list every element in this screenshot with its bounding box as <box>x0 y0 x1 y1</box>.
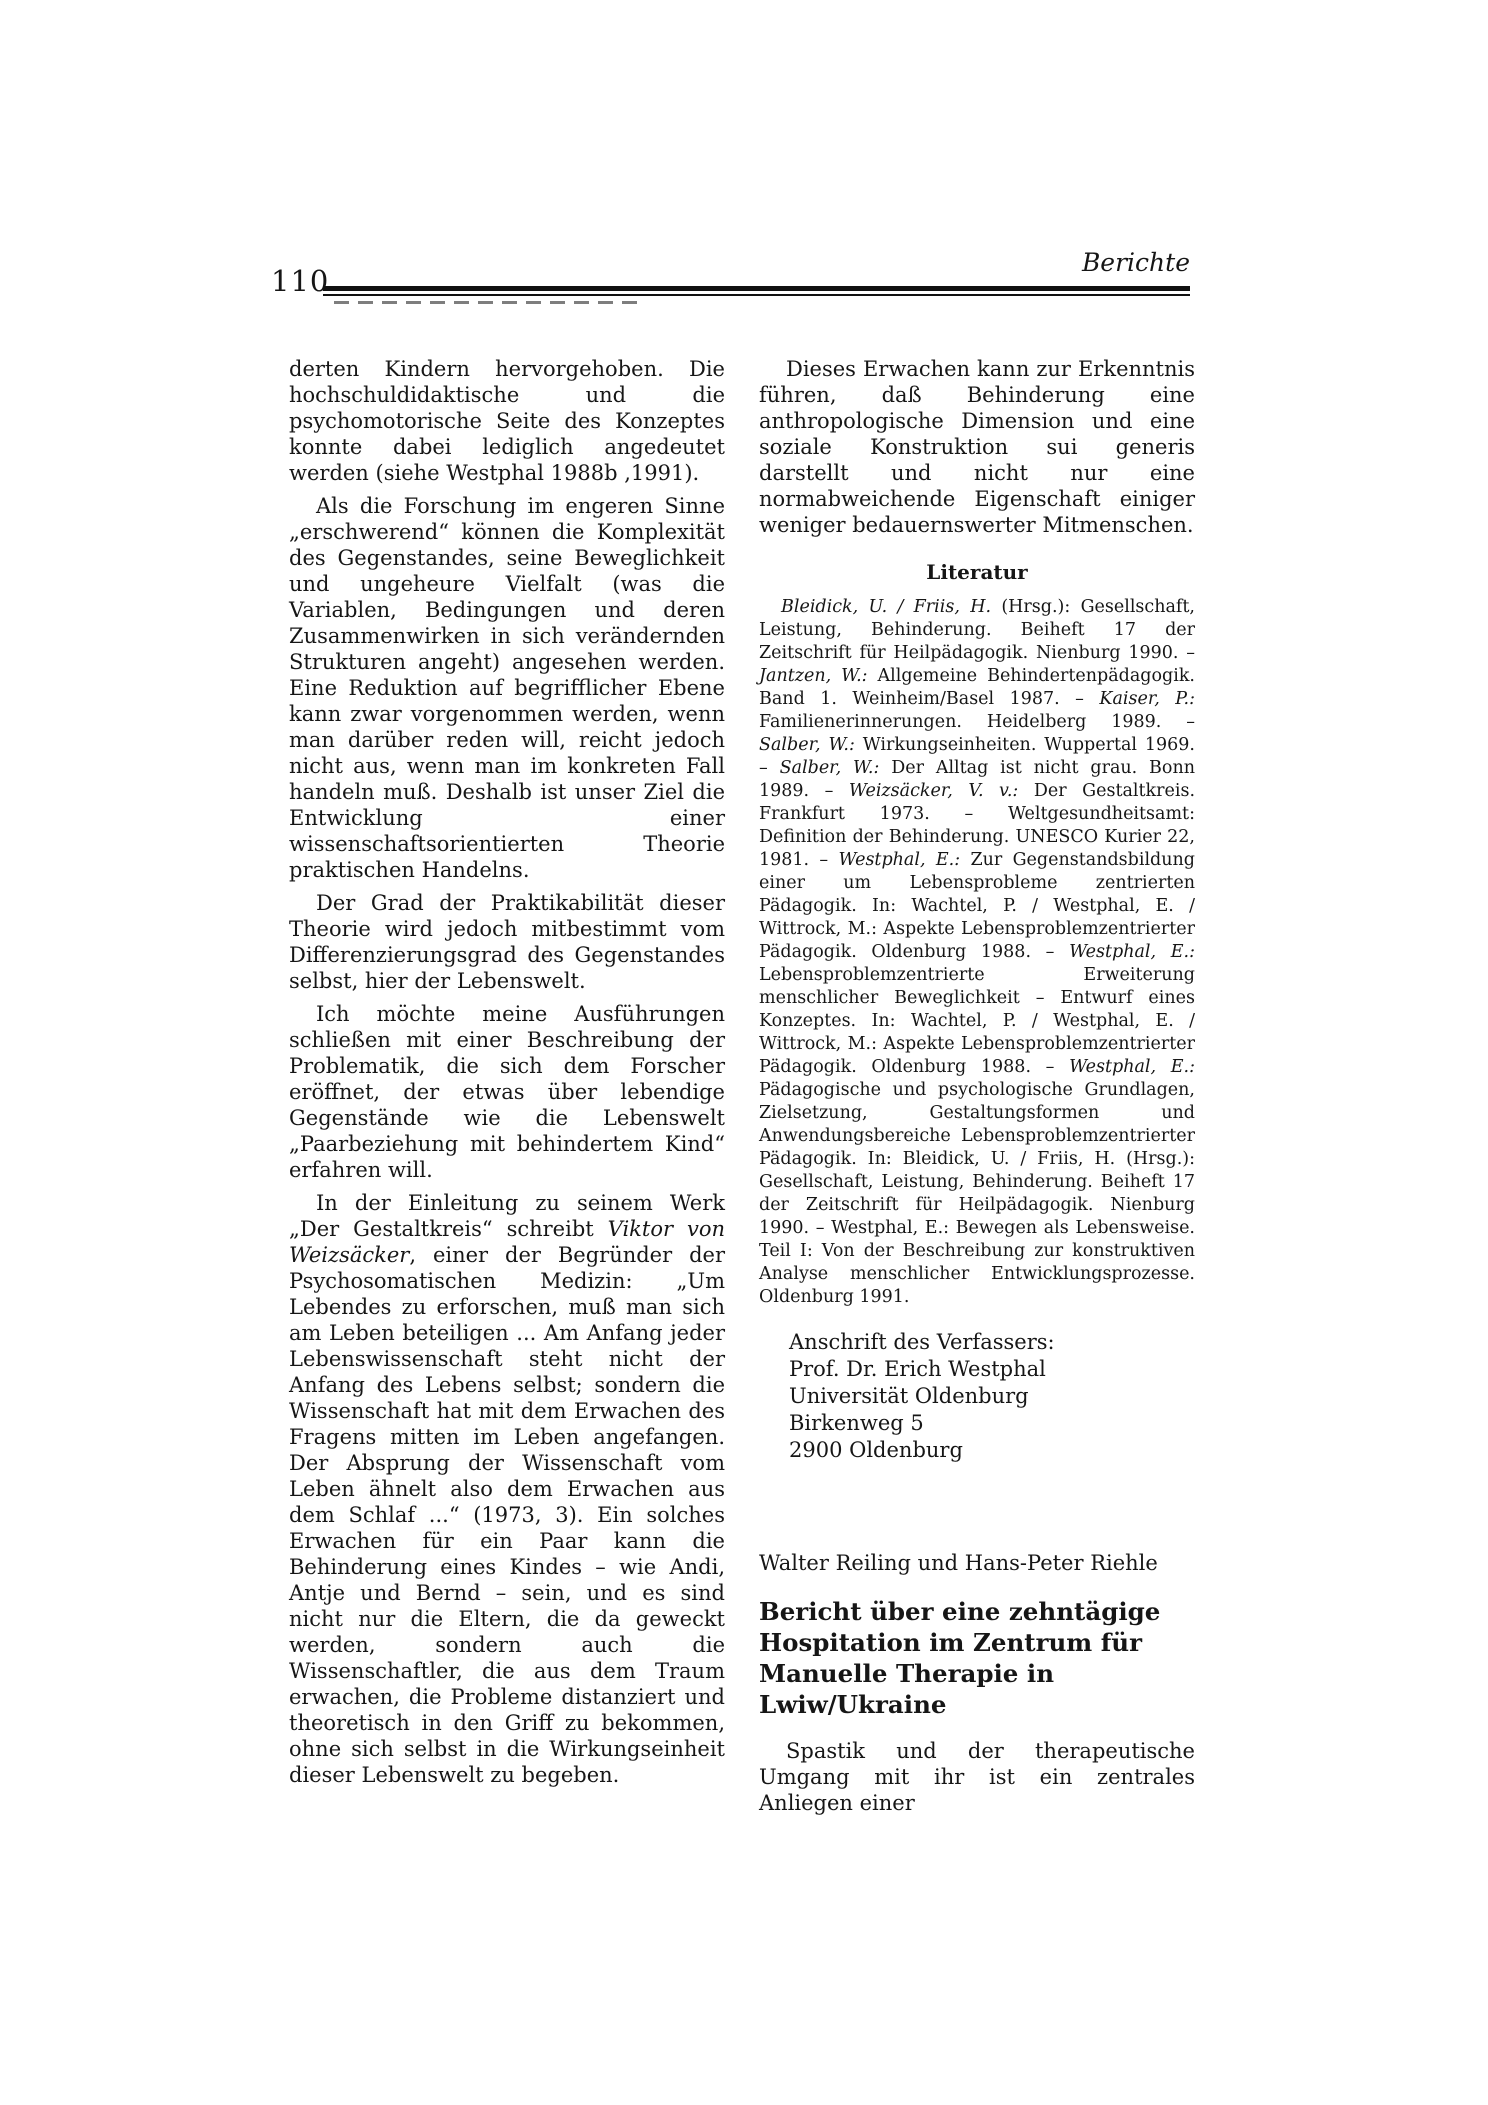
text-run: Pädagogische und psychologische Grundlag… <box>759 1080 1195 1307</box>
running-header: Berichte <box>1082 248 1190 277</box>
italic-text: Westphal, E.: <box>839 850 961 870</box>
next-article-title: Bericht über eine zehntägige Hospitation… <box>759 1596 1195 1720</box>
paragraph: Der Grad der Praktikabilität dieser Theo… <box>289 890 725 994</box>
italic-text: Westphal, E.: <box>1069 1057 1195 1077</box>
text-run: Als die Forschung im engeren Sinne „ersc… <box>289 494 725 882</box>
text-run: , einer der Begründer der Psychosomatisc… <box>289 1243 725 1787</box>
right-column: Dieses Erwachen kann zur Erkenntnis führ… <box>759 356 1195 1823</box>
italic-text: Jantzen, W.: <box>759 666 868 686</box>
left-column: derten Kindern hervorgehoben. Die hochsc… <box>289 356 725 1823</box>
next-article: Walter Reiling und Hans-Peter Riehle Ber… <box>759 1550 1195 1816</box>
two-column-layout: derten Kindern hervorgehoben. Die hochsc… <box>289 356 1196 1823</box>
literature-heading: Literatur <box>759 560 1195 584</box>
author-address: Anschrift des Verfassers: Prof. Dr. Eric… <box>789 1329 1195 1464</box>
text-run: Dieses Erwachen kann zur Erkenntnis führ… <box>759 357 1195 537</box>
text-run: derten Kindern hervorgehoben. Die hochsc… <box>289 357 725 485</box>
next-article-authors: Walter Reiling und Hans-Peter Riehle <box>759 1550 1195 1576</box>
next-article-first-paragraph: Spastik und der therapeutische Umgang mi… <box>759 1738 1195 1816</box>
italic-text: Westphal, E.: <box>1069 942 1195 962</box>
scan-artifact <box>334 301 644 304</box>
address-line: Prof. Dr. Erich Westphal <box>789 1356 1195 1383</box>
text-run: Familienerinnerungen. Heidelberg 1989. – <box>759 712 1195 732</box>
italic-text: Kaiser, P.: <box>1099 689 1195 709</box>
address-line: 2900 Oldenburg <box>789 1437 1195 1464</box>
italic-text: Weizsäcker, V. v.: <box>849 781 1018 801</box>
address-line: Anschrift des Verfassers: <box>789 1329 1195 1356</box>
page-number: 110 <box>271 264 329 298</box>
journal-page: 110 Berichte derten Kindern hervorgehobe… <box>0 0 1488 2105</box>
text-run: Ich möchte meine Ausführungen schließen … <box>289 1002 725 1182</box>
address-line: Universität Oldenburg <box>789 1383 1195 1410</box>
article-body: derten Kindern hervorgehoben. Die hochsc… <box>289 356 1196 1823</box>
paragraph: In der Einleitung zu seinem Werk „Der Ge… <box>289 1190 725 1788</box>
italic-text: Salber, W.: <box>780 758 880 778</box>
paragraph: derten Kindern hervorgehoben. Die hochsc… <box>289 356 725 486</box>
right-column-intro: Dieses Erwachen kann zur Erkenntnis führ… <box>759 356 1195 538</box>
paragraph: Als die Forschung im engeren Sinne „ersc… <box>289 493 725 883</box>
references-block: Bleidick, U. / Friis, H. (Hrsg.): Gesell… <box>759 596 1195 1309</box>
header-rule <box>323 286 1190 296</box>
paragraph: Ich möchte meine Ausführungen schließen … <box>289 1001 725 1183</box>
italic-text: Bleidick, U. / Friis, H. <box>781 597 991 617</box>
paragraph: Dieses Erwachen kann zur Erkenntnis führ… <box>759 356 1195 538</box>
text-run: Der Grad der Praktikabilität dieser Theo… <box>289 891 725 993</box>
address-line: Birkenweg 5 <box>789 1410 1195 1437</box>
italic-text: Salber, W.: <box>759 735 855 755</box>
